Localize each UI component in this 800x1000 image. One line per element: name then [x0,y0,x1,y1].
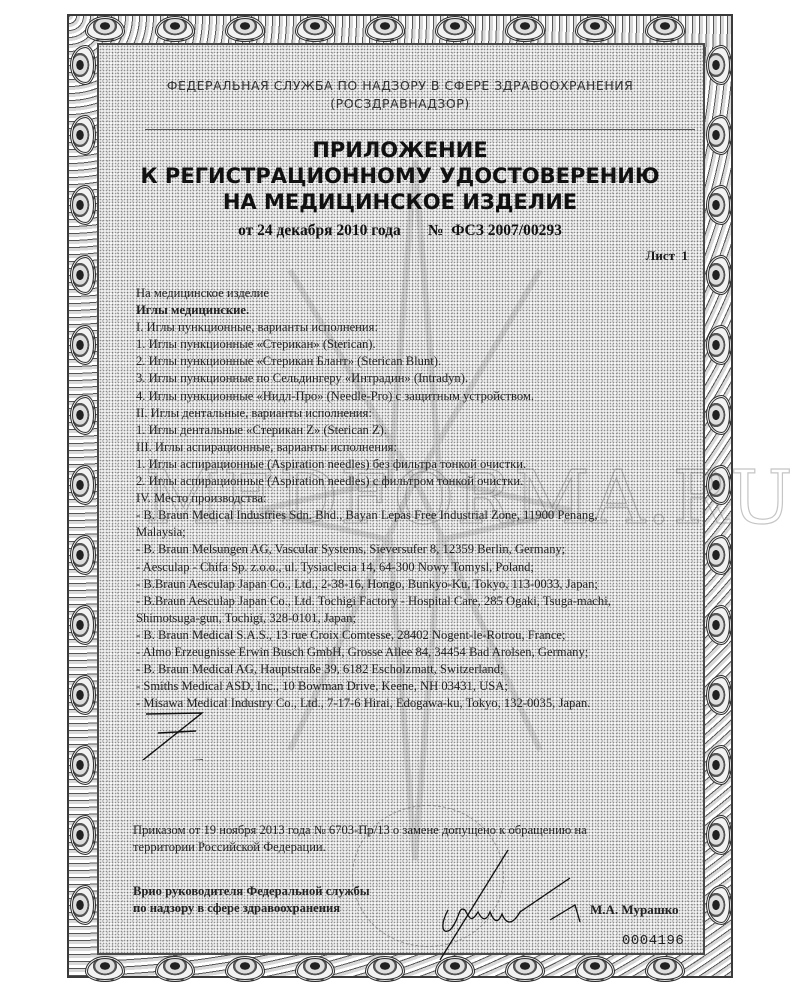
border-ornament-icon [225,16,265,42]
body-line: Иглы медицинские. [136,302,696,319]
border-ornament-icon [706,745,732,785]
border-ornament-icon [645,956,685,982]
body-line: 1. Иглы пункционные «Стерикан» (Sterican… [136,336,696,353]
certificate-date-number: от 24 декабря 2010 года № ФСЗ 2007/00293 [100,222,700,240]
header-divider [145,129,695,130]
body-line: - Almo Erzeugnisse Erwin Busch GmbH, Gro… [136,644,696,661]
serial-number: 0004196 [622,933,684,949]
body-line: - B. Braun Medical AG, Hauptstraße 39, 6… [136,661,696,678]
border-ornament-icon [85,16,125,42]
border-ornament-icon [70,675,96,715]
border-ornament-icon [706,815,732,855]
body-line: - Misawa Medical Industry Co., Ltd., 7-1… [136,695,696,712]
body-line: - Smiths Medical ASD, Inc., 10 Bowman Dr… [136,678,696,695]
body-line: - B. Braun Melsungen AG, Vascular System… [136,541,696,558]
body-line: - Aesculap - Chifa Sp. z.o.o., ul. Tysia… [136,559,696,576]
border-ornament-icon [295,956,335,982]
border-ornament-icon [70,815,96,855]
body-line: - B. Braun Medical S.A.S., 13 rue Croix … [136,627,696,644]
border-ornament-icon [706,325,732,365]
border-ornament-icon [70,605,96,645]
body-line: I. Иглы пункционные, варианты исполнения… [136,319,696,336]
signer-position-line1: Врио руководителя Федеральной службы [133,883,370,900]
border-ornament-icon [706,605,732,645]
border-ornament-icon [706,395,732,435]
body-line: III. Иглы аспирационные, варианты исполн… [136,439,696,456]
body-line: 2. Иглы аспирационные (Aspiration needle… [136,473,696,490]
signer-position-line2: по надзору в сфере здравоохранения [133,900,370,917]
agency-abbreviation: (РОСЗДРАВНАДЗОР) [100,96,700,111]
body-line: Malaysia; [136,524,696,541]
border-ornament-icon [70,325,96,365]
border-ornament-icon [155,956,195,982]
body-line: 1. Иглы аспирационные (Aspiration needle… [136,456,696,473]
border-ornament-icon [365,956,405,982]
body-line: 3. Иглы пункционные по Сельдингеру «Интр… [136,370,696,387]
agency-name: ФЕДЕРАЛЬНАЯ СЛУЖБА ПО НАДЗОРУ В СФЕРЕ ЗД… [100,78,700,93]
sheet-number: Лист 1 [646,248,688,264]
border-ornament-icon [706,185,732,225]
handwritten-signature [430,850,590,960]
border-ornament-icon [365,16,405,42]
border-ornament-icon [706,535,732,575]
border-ornament-icon [85,956,125,982]
border-ornament-icon [706,885,732,925]
signer-name: М.А. Мурашко [590,902,679,918]
body-line: Shimotsuga-gun, Tochigi, 328-0101, Japan… [136,610,696,627]
document-title: ПРИЛОЖЕНИЕ [100,138,700,162]
border-ornament-icon [70,255,96,295]
body-line: - B. Braun Medical Industries Sdn. Bhd.,… [136,507,696,524]
border-ornament-icon [295,16,335,42]
body-line: - B.Braun Aesculap Japan Co., Ltd., 2-38… [136,576,696,593]
body-line: На медицинское изделие [136,285,696,302]
body-line: 4. Иглы пункционные «Нидл-Про» (Needle-P… [136,388,696,405]
body-line: 1. Иглы дентальные «Стерикан Z» (Sterica… [136,422,696,439]
border-ornament-icon [435,16,475,42]
border-ornament-icon [70,45,96,85]
border-ornament-icon [225,956,265,982]
signer-position: Врио руководителя Федеральной службы по … [133,883,370,917]
device-description: На медицинское изделиеИглы медицинские.I… [136,285,696,712]
border-ornament-icon [706,465,732,505]
border-ornament-icon [706,255,732,295]
border-ornament-icon [706,675,732,715]
document-subtitle-line1: К РЕГИСТРАЦИОННОМУ УДОСТОВЕРЕНИЮ [100,164,700,188]
border-ornament-icon [155,16,195,42]
border-ornament-icon [575,16,615,42]
border-ornament-icon [70,535,96,575]
document-subtitle-line2: НА МЕДИЦИНСКОЕ ИЗДЕЛИЕ [100,190,700,214]
border-ornament-icon [645,16,685,42]
body-line: II. Иглы дентальные, варианты исполнения… [136,405,696,422]
border-ornament-icon [505,16,545,42]
border-ornament-icon [70,465,96,505]
border-ornament-icon [70,185,96,225]
border-ornament-icon [70,885,96,925]
border-ornament-icon [70,395,96,435]
body-line: IV. Место производства: [136,490,696,507]
body-line: - B.Braun Aesculap Japan Co., Ltd. Tochi… [136,593,696,610]
border-ornament-icon [70,745,96,785]
border-ornament-icon [706,115,732,155]
body-line: 2. Иглы пункционные «Стерикан Блант» (St… [136,353,696,370]
border-ornament-icon [70,115,96,155]
handwritten-initial-mark [128,700,208,760]
border-ornament-icon [706,45,732,85]
